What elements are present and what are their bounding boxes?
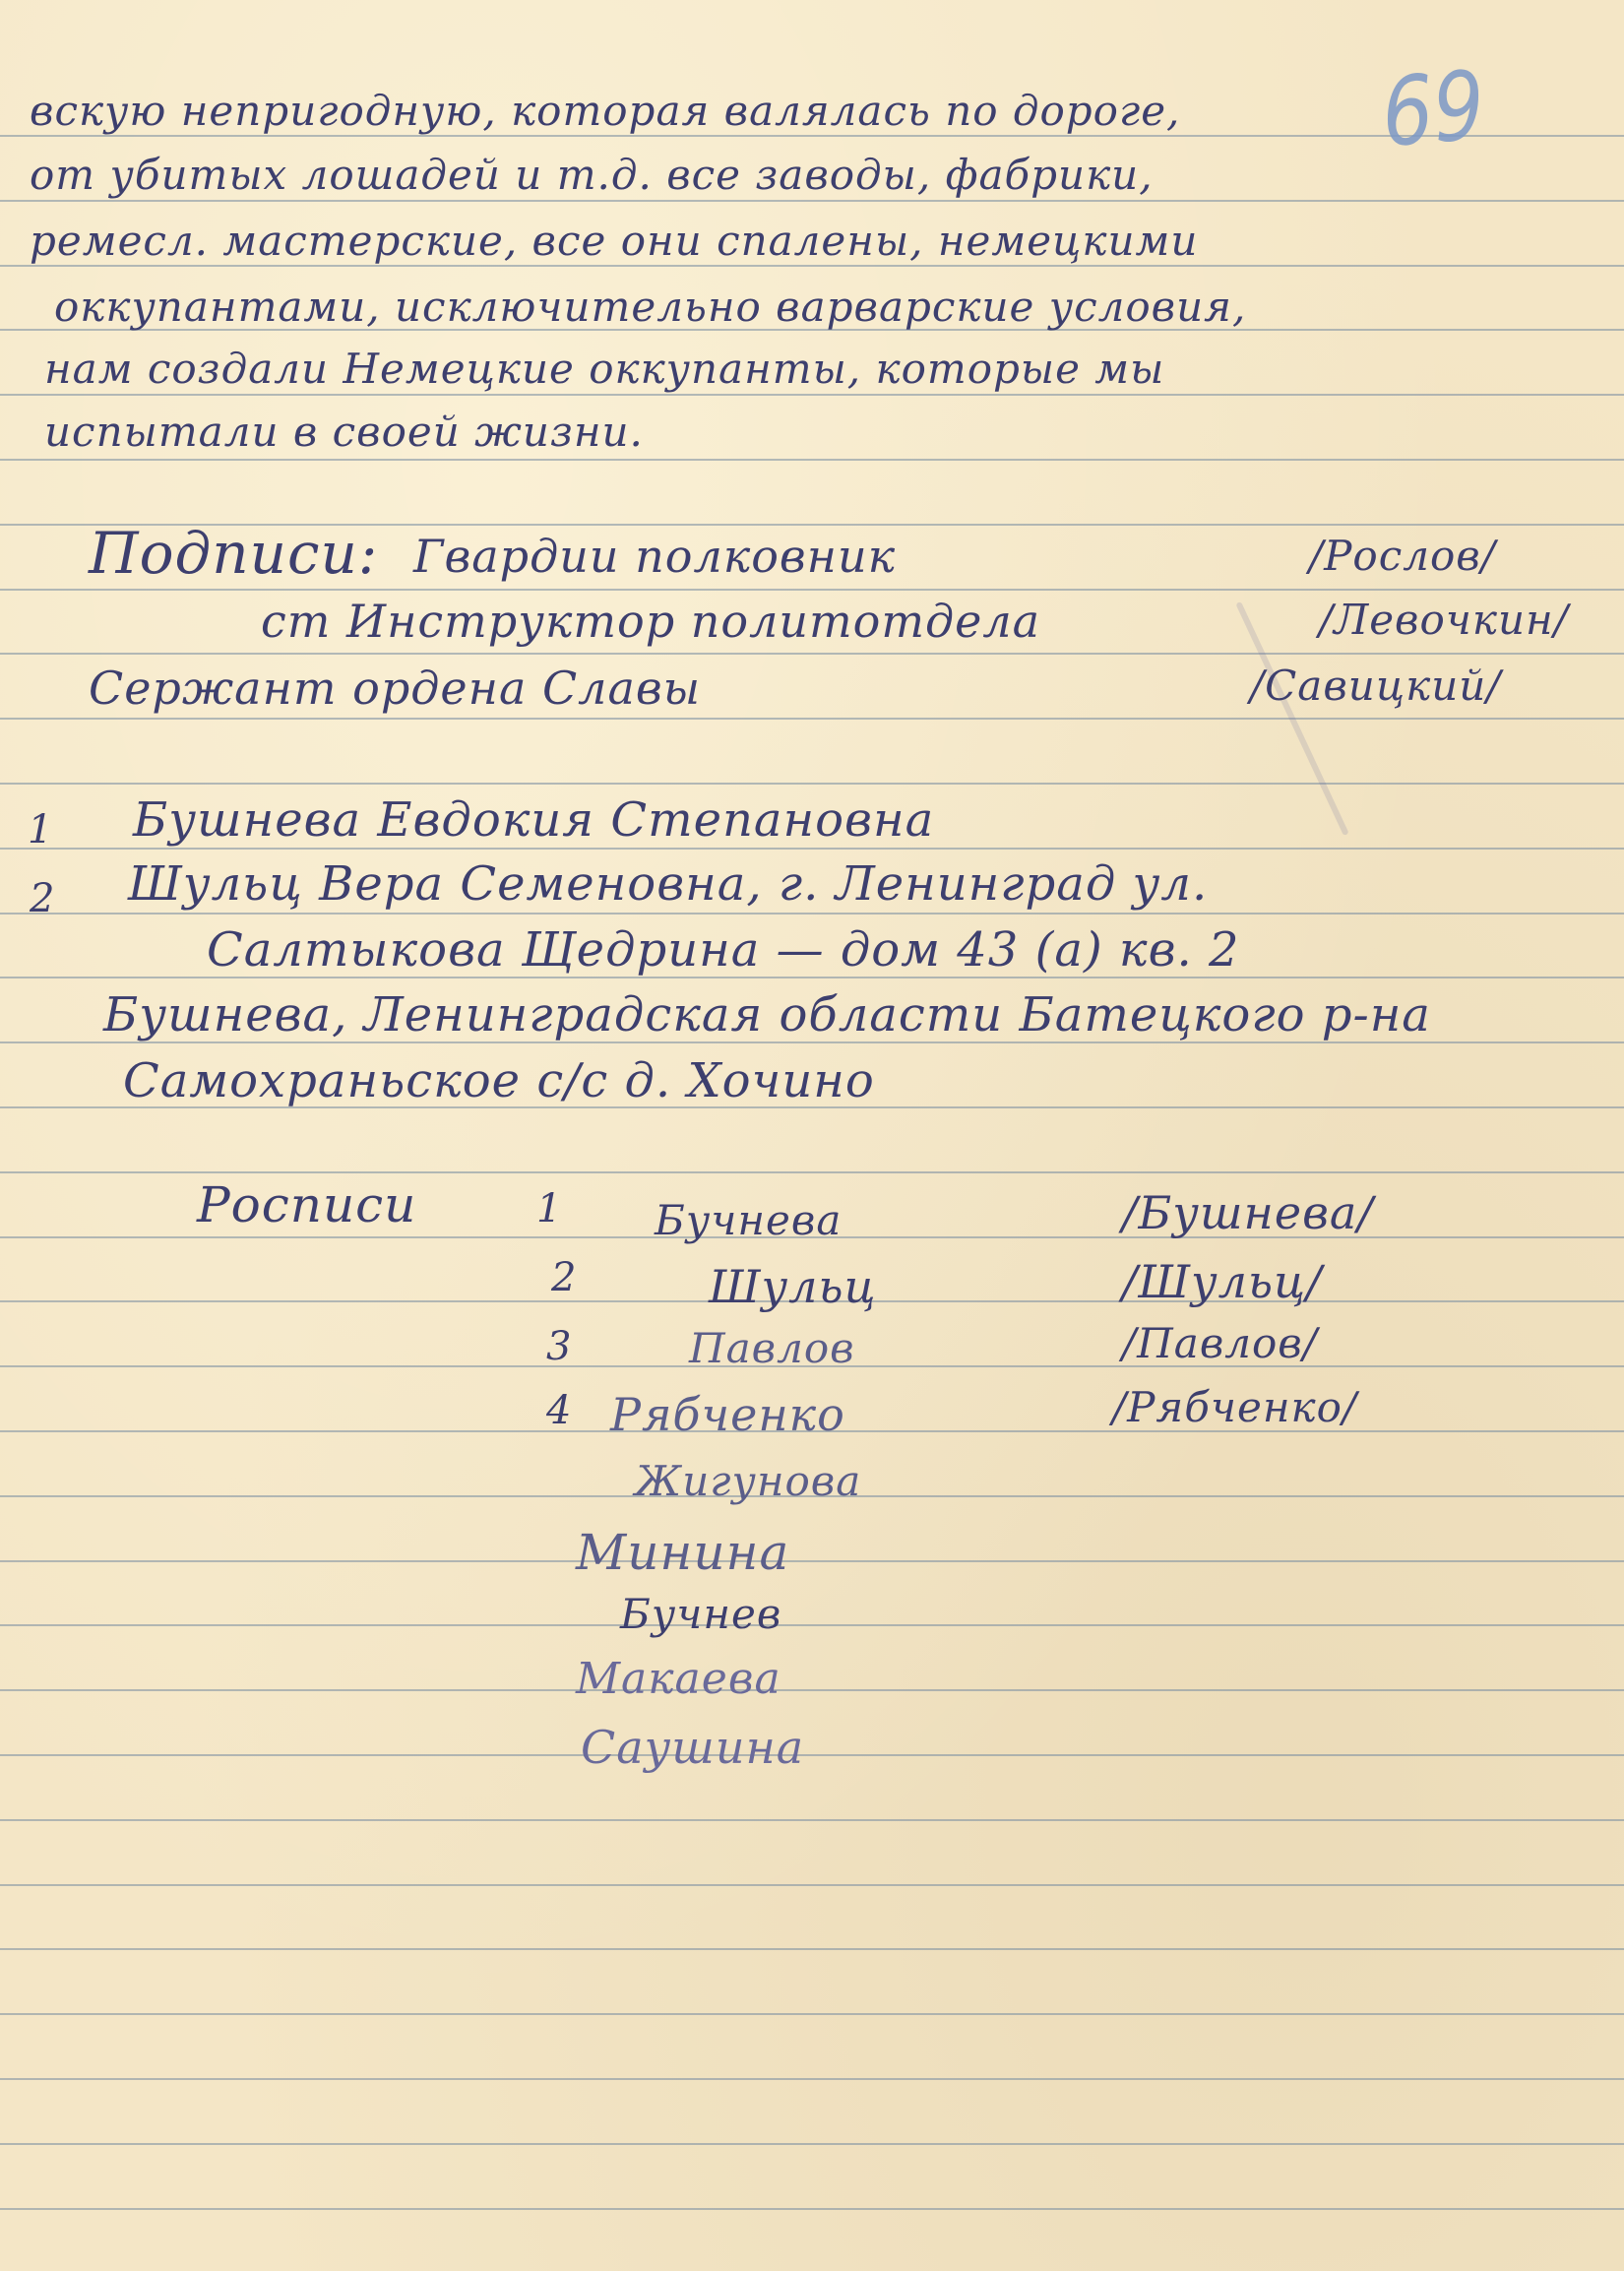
- signatory-role: Сержант ордена Славы: [89, 662, 701, 715]
- ruled-line: [0, 1948, 1624, 1950]
- ruled-line: [0, 1171, 1624, 1173]
- body-line: нам создали Немецкие оккупанты, которые …: [44, 345, 1164, 393]
- signatory-role: Гвардии полковник: [413, 530, 896, 583]
- witness-line: Бушнева Евдокия Степановна: [133, 792, 934, 848]
- ruled-line: [0, 718, 1624, 720]
- signer-name: /Рябченко/: [1112, 1383, 1357, 1431]
- ruled-line: [0, 2208, 1624, 2210]
- ruled-line: [0, 2078, 1624, 2080]
- autograph: Шульц: [709, 1260, 877, 1313]
- ruled-line: [0, 653, 1624, 655]
- ruled-line: [0, 135, 1624, 137]
- signer-name: /Бушнева/: [1122, 1186, 1374, 1239]
- ruled-line: [0, 589, 1624, 591]
- body-line: вскую непригодную, которая валялась по д…: [30, 87, 1180, 135]
- signer-number: 1: [536, 1186, 561, 1231]
- witness-number: 2: [30, 876, 54, 921]
- ruled-line: [0, 1624, 1624, 1626]
- ruled-line: [0, 459, 1624, 461]
- autograph: Бучнев: [620, 1590, 781, 1638]
- ruled-line: [0, 2143, 1624, 2145]
- ruled-line: [0, 848, 1624, 850]
- witness-line: Бушнева, Ленинградская области Батецкого…: [103, 987, 1431, 1042]
- ruled-line: [0, 1754, 1624, 1756]
- autograph: Жигунова: [635, 1457, 861, 1505]
- signatory-name: /Левочкин/: [1319, 596, 1569, 644]
- ruled-line: [0, 200, 1624, 202]
- signer-name: /Павлов/: [1122, 1319, 1318, 1367]
- signer-number: 4: [546, 1388, 571, 1433]
- body-line: оккупантами, исключительно варварские ус…: [54, 283, 1246, 331]
- witness-line: Самохраньское с/с д. Хочино: [123, 1053, 875, 1108]
- signatory-name: /Рослов/: [1309, 532, 1496, 580]
- ruled-line: [0, 1884, 1624, 1886]
- body-line: ремесл. мастерские, все они спалены, нем…: [30, 217, 1198, 265]
- ruled-line: [0, 1560, 1624, 1562]
- signatures-label: Подписи:: [89, 520, 378, 587]
- witness-number: 1: [28, 807, 52, 852]
- witness-line: Салтыкова Щедрина — дом 43 (а) кв. 2: [207, 922, 1240, 978]
- ruled-line: [0, 1819, 1624, 1821]
- signatures-label: Росписи: [197, 1176, 416, 1233]
- ruled-line: [0, 2013, 1624, 2015]
- ruled-line: [0, 783, 1624, 785]
- signer-number: 3: [546, 1324, 571, 1369]
- body-line: от убитых лошадей и т.д. все заводы, фаб…: [30, 151, 1154, 199]
- ruled-line: [0, 265, 1624, 267]
- witness-line: Шульц Вера Семеновна, г. Ленинград ул.: [128, 856, 1208, 912]
- page-number: 69: [1379, 50, 1487, 168]
- autograph: Макаева: [576, 1654, 781, 1704]
- ruled-line: [0, 913, 1624, 915]
- signer-number: 2: [551, 1255, 576, 1300]
- autograph: Павлов: [689, 1324, 855, 1372]
- signatory-name: /Савицкий/: [1250, 662, 1501, 710]
- autograph: Рябченко: [610, 1388, 845, 1441]
- autograph: Бучнева: [655, 1196, 842, 1244]
- signer-name: /Шульц/: [1122, 1255, 1323, 1308]
- body-line: испытали в своей жизни.: [44, 408, 644, 456]
- signatory-role: ст Инструктор политотдела: [261, 595, 1040, 648]
- ruled-line: [0, 1689, 1624, 1691]
- ruled-line: [0, 394, 1624, 396]
- autograph: Минина: [576, 1524, 789, 1581]
- autograph: Саушина: [581, 1721, 804, 1774]
